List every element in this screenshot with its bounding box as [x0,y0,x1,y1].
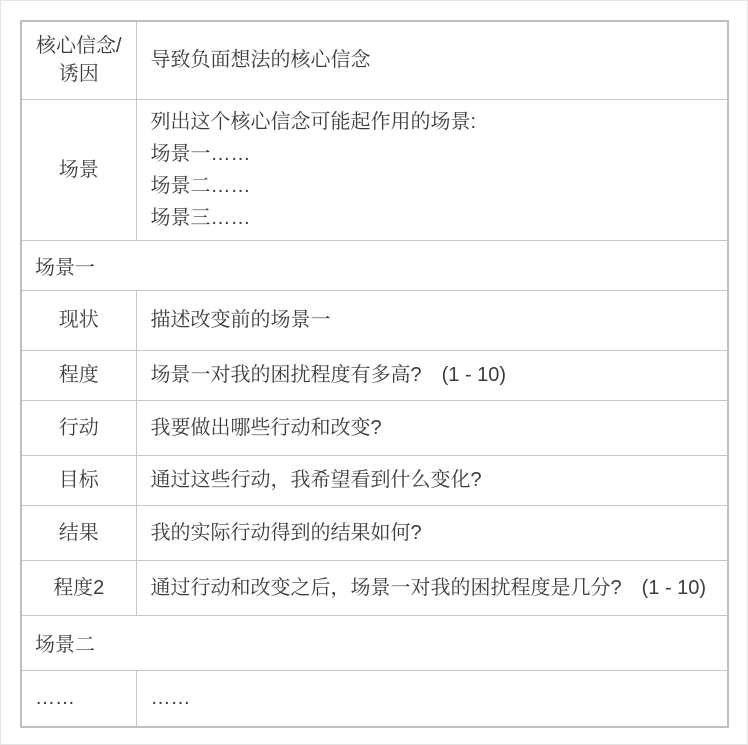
goal-label-cell: 目标 [21,455,136,505]
scene-list-line-scene3: 场景三…… [151,202,716,234]
core-belief-label-line1: 核心信念/ [28,32,130,60]
scene-list-lines: 列出这个核心信念可能起作用的场景: 场景一…… 场景二…… 场景三…… [151,106,716,234]
degree2-content-cell: 通过行动和改变之后，场景一对我的困扰程度是几分? (1 - 10) [136,560,728,615]
row-goal: 目标 通过这些行动，我希望看到什么变化? [21,455,728,505]
row-section-scene1: 场景一 [21,240,728,290]
row-degree: 程度 场景一对我的困扰程度有多高? (1 - 10) [21,350,728,400]
result-content-cell: 我的实际行动得到的结果如何? [136,505,728,560]
worksheet-page: 核心信念/ 诱因 导致负面想法的核心信念 场景 列出这个核心信念可能起作用的场景… [0,0,748,745]
action-label-cell: 行动 [21,400,136,455]
row-core-belief: 核心信念/ 诱因 导致负面想法的核心信念 [21,21,728,99]
core-belief-label-line2: 诱因 [28,60,130,88]
degree2-label-cell: 程度2 [21,560,136,615]
scene-list-label-cell: 场景 [21,99,136,240]
scene-list-content-cell: 列出这个核心信念可能起作用的场景: 场景一…… 场景二…… 场景三…… [136,99,728,240]
scene-list-line-scene2: 场景二…… [151,170,716,202]
row-degree2: 程度2 通过行动和改变之后，场景一对我的困扰程度是几分? (1 - 10) [21,560,728,615]
core-belief-label-cell: 核心信念/ 诱因 [21,21,136,99]
row-status: 现状 描述改变前的场景一 [21,290,728,350]
goal-content-cell: 通过这些行动，我希望看到什么变化? [136,455,728,505]
ellipsis-content-cell: …… [136,670,728,727]
action-content-cell: 我要做出哪些行动和改变? [136,400,728,455]
row-scene-list: 场景 列出这个核心信念可能起作用的场景: 场景一…… 场景二…… 场景三…… [21,99,728,240]
ellipsis-label-cell: …… [21,670,136,727]
row-section-scene2: 场景二 [21,615,728,670]
section-scene2-title: 场景二 [21,615,728,670]
section-scene1-title: 场景一 [21,240,728,290]
row-ellipsis: …… …… [21,670,728,727]
belief-scenario-table: 核心信念/ 诱因 导致负面想法的核心信念 场景 列出这个核心信念可能起作用的场景… [20,20,729,728]
core-belief-content-cell: 导致负面想法的核心信念 [136,21,728,99]
degree-label-cell: 程度 [21,350,136,400]
scene-list-line-scene1: 场景一…… [151,138,716,170]
degree-content-cell: 场景一对我的困扰程度有多高? (1 - 10) [136,350,728,400]
result-label-cell: 结果 [21,505,136,560]
scene-list-line-intro: 列出这个核心信念可能起作用的场景: [151,106,716,138]
status-label-cell: 现状 [21,290,136,350]
row-result: 结果 我的实际行动得到的结果如何? [21,505,728,560]
row-action: 行动 我要做出哪些行动和改变? [21,400,728,455]
status-content-cell: 描述改变前的场景一 [136,290,728,350]
